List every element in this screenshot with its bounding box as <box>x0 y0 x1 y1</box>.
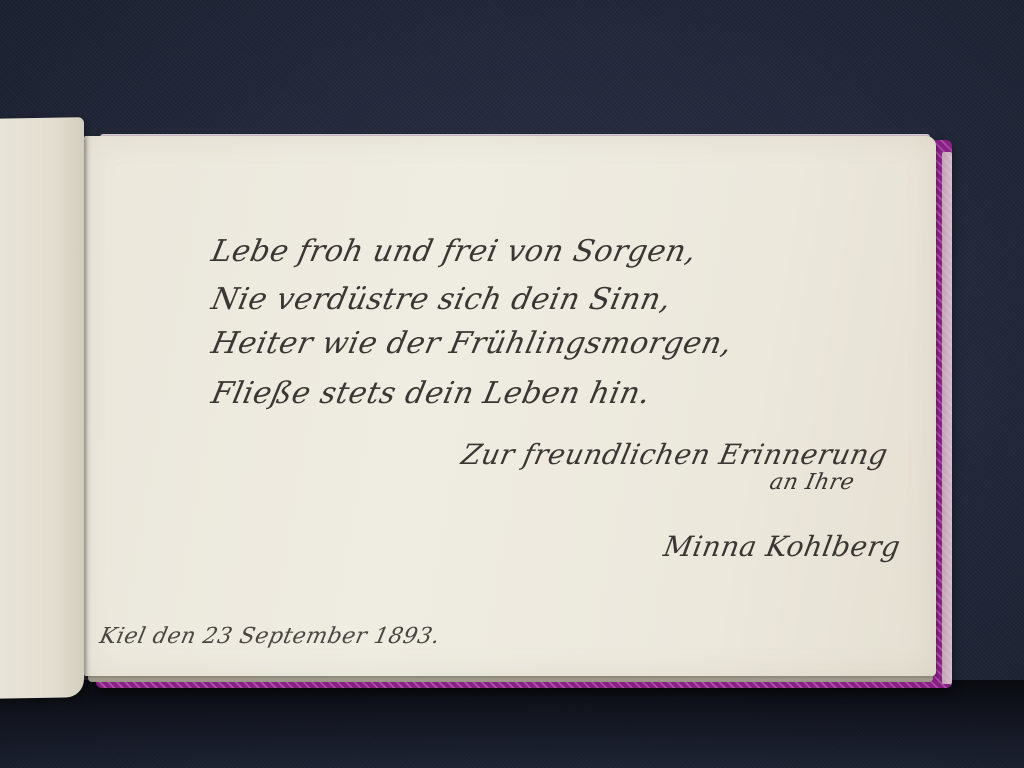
poem-line-1: Lebe froh und frei von Sorgen, <box>208 234 699 269</box>
facing-left-page <box>0 117 84 699</box>
table-shadow <box>0 680 1024 768</box>
album-cover-frayed-edge <box>942 152 952 684</box>
dedication-line-2: an Ihre <box>767 470 857 495</box>
dedication-line-1: Zur freundlichen Erinnerung <box>458 438 891 471</box>
signature: Minna Kohlberg <box>661 530 903 563</box>
poem-line-2: Nie verdüstre sich dein Sinn, <box>208 282 674 317</box>
poem-line-3: Heiter wie der Frühlingsmorgen, <box>208 326 735 361</box>
date-line: Kiel den 23 September 1893. <box>97 624 442 649</box>
poem-line-4: Fließe stets dein Leben hin. <box>208 376 653 411</box>
